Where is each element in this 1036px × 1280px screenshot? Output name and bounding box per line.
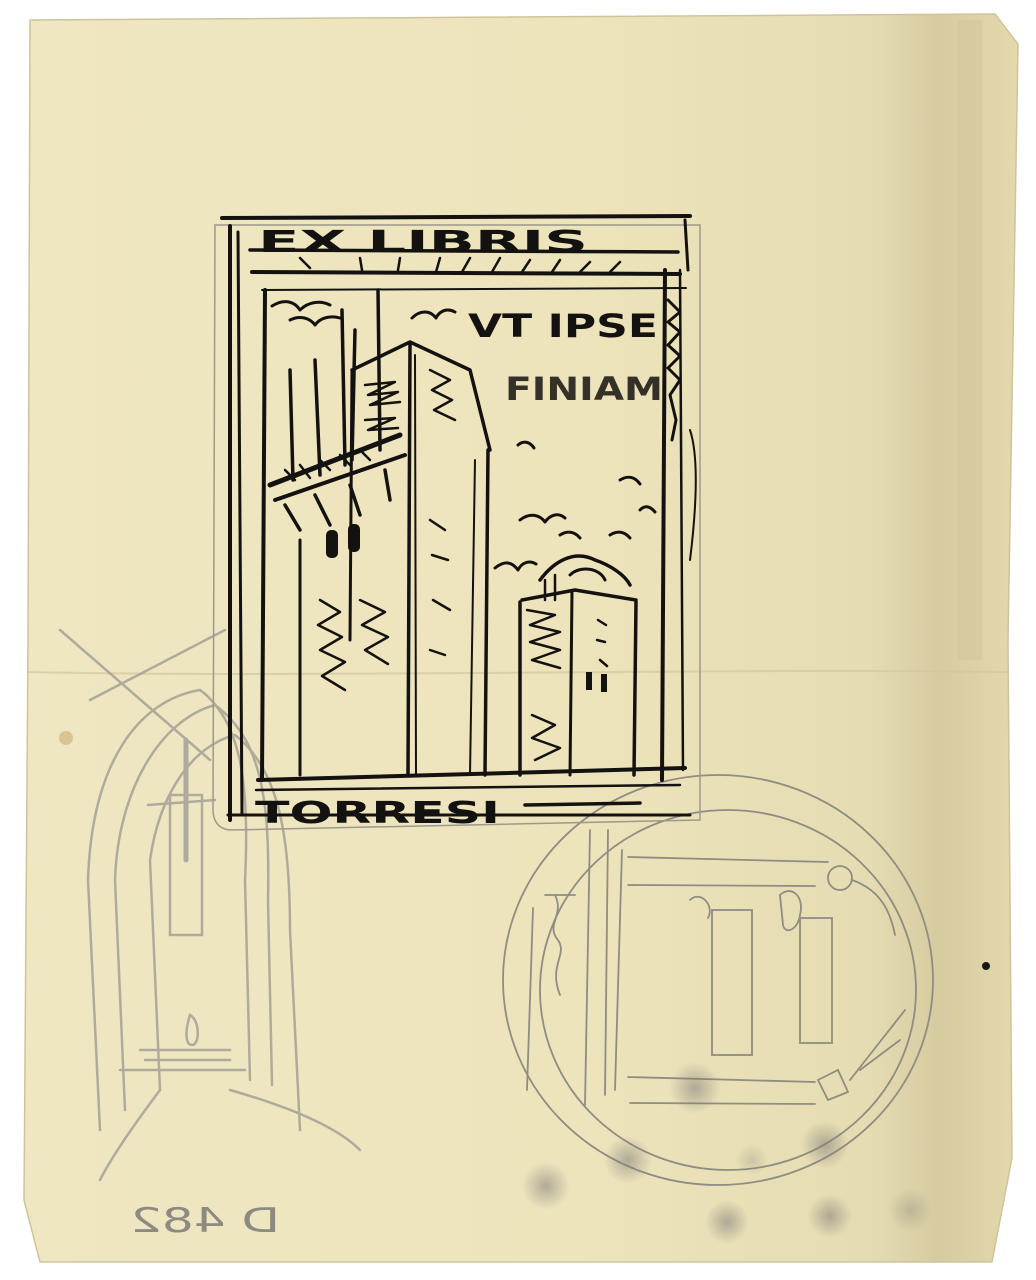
top-inscription: EX LIBRIS [258,225,588,260]
scanned-drawing-sheet: EX LIBRIS VT IPSE FINIAM TORRESI D 482 [0,0,1036,1280]
bottom-inscription: TORRESI [255,796,500,831]
motto-line-2: FINIAM [505,370,663,408]
motto-line-1: VT IPSE [468,307,658,345]
inventory-number: D 482 [130,1201,280,1241]
